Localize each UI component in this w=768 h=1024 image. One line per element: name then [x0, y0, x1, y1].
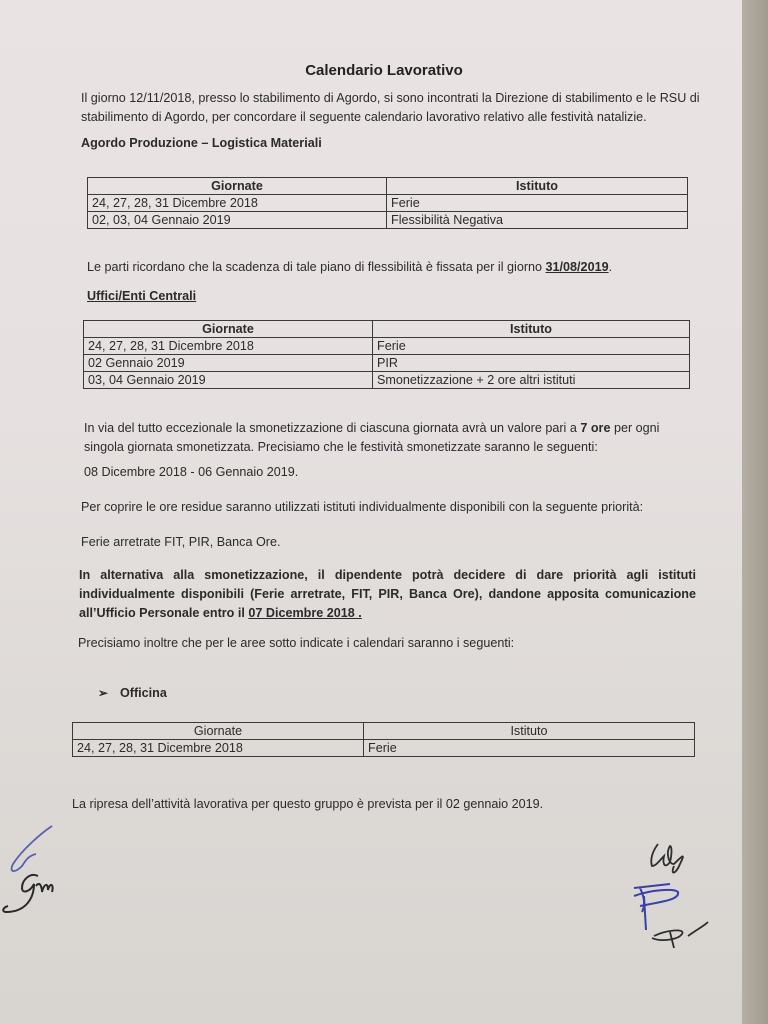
cell-giornate: 03, 04 Gennaio 2019	[84, 372, 373, 389]
table-officina: Giornate Istituto 24, 27, 28, 31 Dicembr…	[72, 722, 695, 757]
signature-right	[630, 830, 750, 960]
table-row: 02 Gennaio 2019 PIR	[84, 355, 690, 372]
deadline-date: 31/08/2019	[546, 260, 609, 274]
flexibility-deadline-note: Le parti ricordano che la scadenza di ta…	[87, 258, 707, 277]
priority-list: Ferie arretrate FIT, PIR, Banca Ore.	[81, 533, 280, 552]
table-row: 24, 27, 28, 31 Dicembre 2018 Ferie	[88, 195, 688, 212]
alternative-text: In alternativa alla smonetizzazione, il …	[79, 568, 696, 620]
note-suffix: .	[609, 260, 613, 274]
hours-value: 7 ore	[580, 421, 610, 435]
table-row: 03, 04 Gennaio 2019 Smonetizzazione + 2 …	[84, 372, 690, 389]
cell-giornate: 24, 27, 28, 31 Dicembre 2018	[73, 740, 364, 757]
cell-istituto: Ferie	[373, 338, 690, 355]
section-heading-agordo-produzione: Agordo Produzione – Logistica Materiali	[81, 134, 322, 153]
header-giornate: Giornate	[84, 321, 373, 338]
cell-istituto: Ferie	[387, 195, 688, 212]
alternative-deadline-date: 07 Dicembre 2018 .	[248, 606, 361, 620]
desk-background	[742, 0, 768, 1024]
header-istituto: Istituto	[364, 723, 695, 740]
table-agordo-produzione: Giornate Istituto 24, 27, 28, 31 Dicembr…	[87, 177, 688, 229]
header-istituto: Istituto	[373, 321, 690, 338]
section-heading-officina: ➢Officina	[98, 684, 167, 703]
intro-paragraph: Il giorno 12/11/2018, presso lo stabilim…	[81, 89, 701, 127]
signature-left	[0, 820, 120, 930]
table-header-row: Giornate Istituto	[73, 723, 695, 740]
smonet-text-a: In via del tutto eccezionale la smonetiz…	[84, 421, 580, 435]
smonetizzazione-paragraph: In via del tutto eccezionale la smonetiz…	[84, 419, 679, 457]
table-uffici-enti-centrali: Giornate Istituto 24, 27, 28, 31 Dicembr…	[83, 320, 690, 389]
section-heading-uffici-enti-centrali: Uffici/Enti Centrali	[87, 287, 196, 306]
cell-giornate: 02 Gennaio 2019	[84, 355, 373, 372]
table-row: 24, 27, 28, 31 Dicembre 2018 Ferie	[84, 338, 690, 355]
document-page: Calendario Lavorativo Il giorno 12/11/20…	[0, 0, 748, 1024]
cell-giornate: 24, 27, 28, 31 Dicembre 2018	[88, 195, 387, 212]
cell-istituto: Ferie	[364, 740, 695, 757]
cell-giornate: 02, 03, 04 Gennaio 2019	[88, 212, 387, 229]
arrow-bullet-icon: ➢	[98, 684, 120, 703]
header-giornate: Giornate	[88, 178, 387, 195]
closing-paragraph: La ripresa dell’attività lavorativa per …	[72, 795, 712, 814]
table-header-row: Giornate Istituto	[88, 178, 688, 195]
officina-label: Officina	[120, 686, 167, 700]
cell-istituto: PIR	[373, 355, 690, 372]
cell-giornate: 24, 27, 28, 31 Dicembre 2018	[84, 338, 373, 355]
cell-istituto: Smonetizzazione + 2 ore altri istituti	[373, 372, 690, 389]
header-giornate: Giornate	[73, 723, 364, 740]
alternative-paragraph: In alternativa alla smonetizzazione, il …	[79, 566, 696, 623]
priority-intro: Per coprire le ore residue saranno utili…	[81, 498, 721, 517]
festivity-date-range: 08 Dicembre 2018 - 06 Gennaio 2019.	[84, 463, 298, 482]
header-istituto: Istituto	[387, 178, 688, 195]
areas-intro: Precisiamo inoltre che per le aree sotto…	[78, 634, 698, 653]
document-title: Calendario Lavorativo	[0, 62, 768, 79]
table-row: 02, 03, 04 Gennaio 2019 Flessibilità Neg…	[88, 212, 688, 229]
note-text: Le parti ricordano che la scadenza di ta…	[87, 260, 546, 274]
cell-istituto: Flessibilità Negativa	[387, 212, 688, 229]
table-header-row: Giornate Istituto	[84, 321, 690, 338]
table-row: 24, 27, 28, 31 Dicembre 2018 Ferie	[73, 740, 695, 757]
